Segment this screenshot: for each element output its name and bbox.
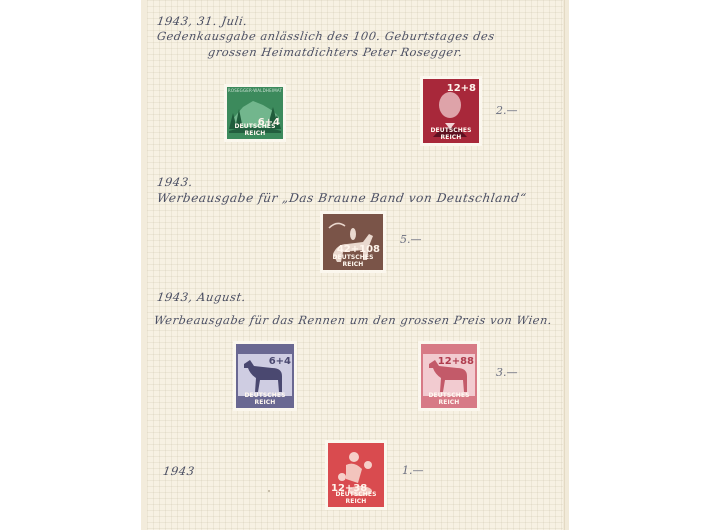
section-1-title-line1: Gedenkausgabe anlässlich des 100. Geburt… — [156, 30, 496, 43]
section-1-date: 1943, 31. Juli. — [156, 14, 249, 28]
stamp-grosser-preis-12: 12+88 DEUTSCHES REICH — [418, 341, 480, 411]
section-1-title-line2: grossen Heimatdichters Peter Rosegger. — [207, 46, 463, 59]
stamp-country: DEUTSCHES REICH — [236, 392, 294, 406]
section-1-price: 2.— — [496, 104, 518, 117]
page-edge — [564, 0, 565, 530]
section-2-date: 1943. — [156, 175, 194, 189]
stamp-country: DEUTSCHES REICH — [423, 127, 479, 141]
section-3-title-line1: Werbeausgabe für das Rennen um den gross… — [153, 314, 553, 327]
section-3-date: 1943, August. — [156, 290, 247, 304]
stamp-country: DEUTSCHES REICH — [328, 491, 384, 505]
stamp-country: DEUTSCHES REICH — [323, 254, 383, 268]
stamp-value: 12+88 — [438, 356, 474, 367]
section-3-price: 3.— — [496, 366, 518, 379]
stamp-caption: ROSEGGER-WALDHEIMAT — [227, 88, 283, 93]
section-4-price: 1.— — [402, 464, 424, 477]
section-2-title-line1: Werbeausgabe für „Das Braune Band von De… — [156, 191, 527, 205]
stamp-country: DEUTSCHES REICH — [421, 392, 477, 406]
stamp-rosegger-landscape: ROSEGGER-WALDHEIMAT 6+4 DEUTSCHES REICH — [224, 84, 286, 142]
stamp-value: 6+4 — [269, 356, 291, 367]
stamp-rosegger-portrait: 12+8 DEUTSCHES REICH — [420, 76, 482, 146]
page-speck — [268, 490, 270, 492]
section-2-price: 5.— — [400, 233, 422, 246]
stamp-mutter-kind: 12+38 DEUTSCHES REICH — [325, 440, 387, 510]
section-4-date: 1943 — [162, 464, 196, 478]
stamp-braune-band: 42+108 DEUTSCHES REICH — [320, 211, 386, 273]
stamp-grosser-preis-6: 6+4 DEUTSCHES REICH — [233, 341, 297, 411]
stamp-country: DEUTSCHES REICH — [227, 123, 283, 137]
stamp-value: 12+8 — [447, 83, 476, 94]
